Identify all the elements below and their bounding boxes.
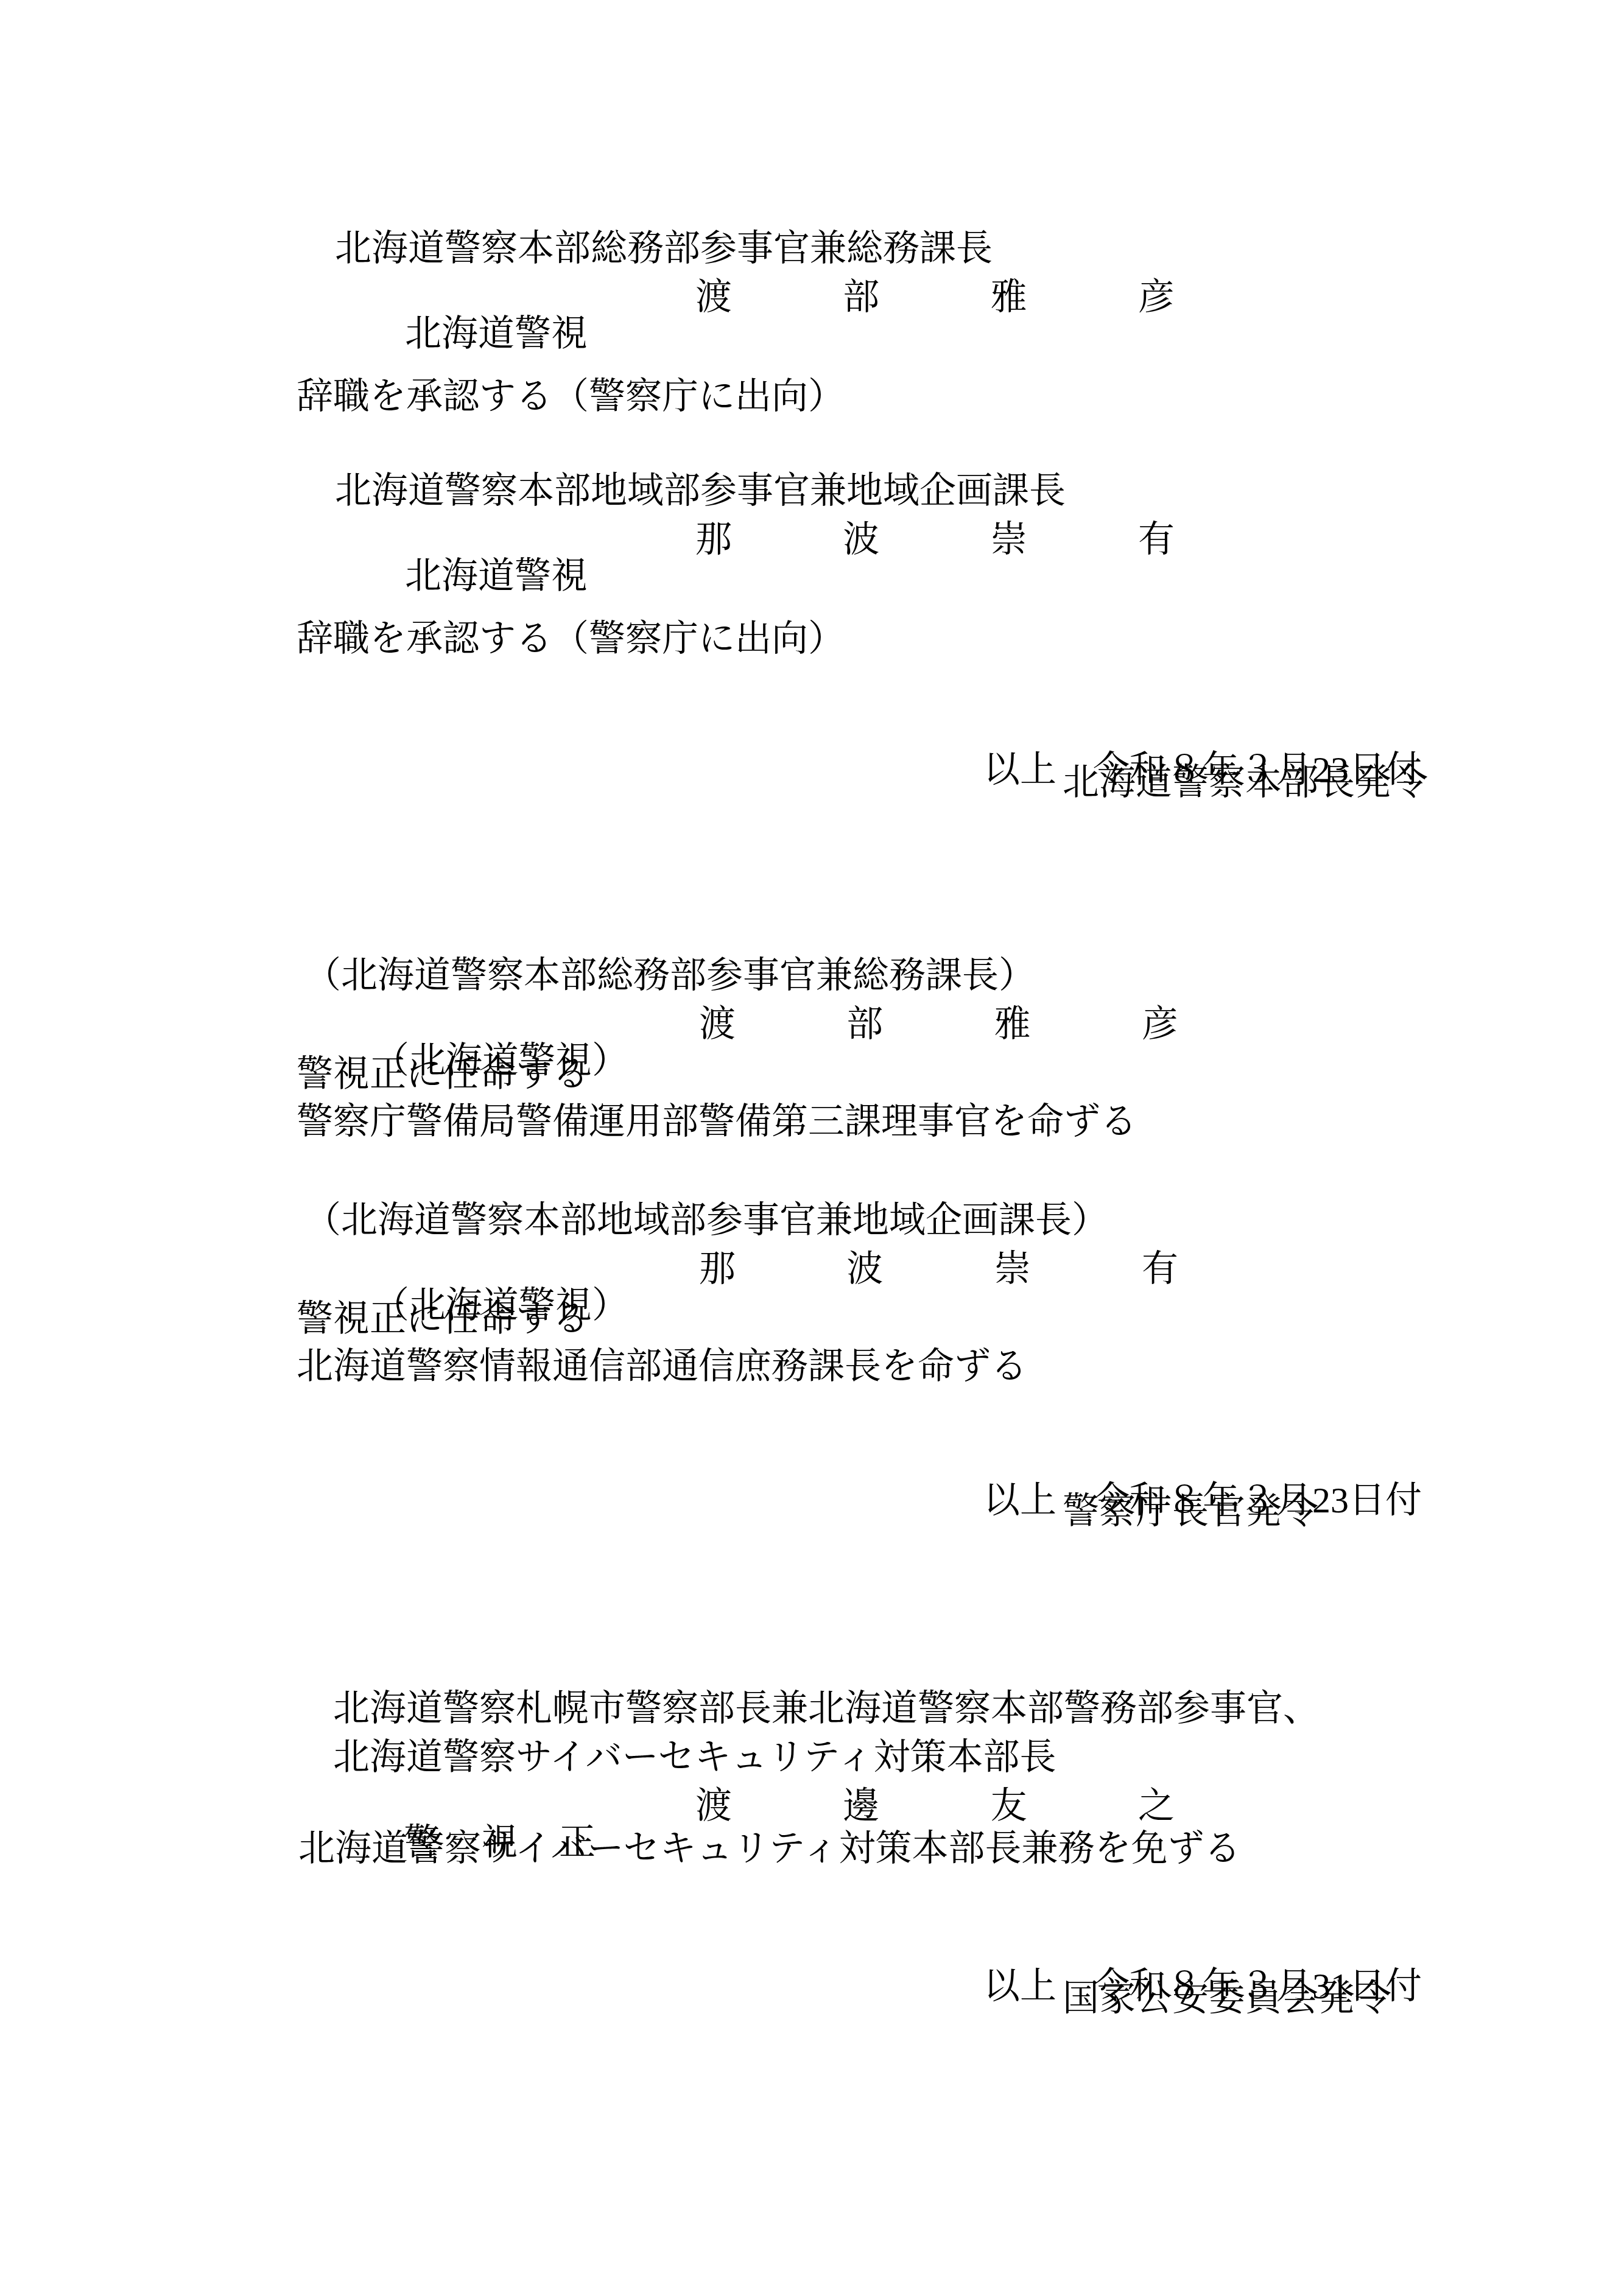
name-char: 雅	[991, 279, 1027, 315]
name-char: 部	[843, 279, 879, 315]
name-char: 波	[843, 521, 879, 558]
s2-e2-post-title: （北海道警察本部地域部参事官兼地域企画課長）	[304, 1202, 1108, 1238]
name-char: 彦	[1138, 279, 1175, 315]
s1-e2-name: 那 波 崇 有	[695, 521, 1175, 558]
name-char: 那	[699, 1251, 736, 1287]
s3-closing: 以上	[983, 1966, 1056, 2006]
s1-closing: 以上	[983, 750, 1056, 790]
s3-e1-action: 北海道警察サイバーセキュリティ対策本部長兼務を免ずる	[298, 1830, 1240, 1867]
name-char: 崇	[991, 521, 1027, 558]
name-char: 彦	[1142, 1006, 1178, 1042]
s1-e1-action: 辞職を承認する（警察庁に出向）	[297, 378, 845, 415]
name-char: 雅	[994, 1006, 1031, 1042]
s1-issuer: 北海道警察本部長発令	[1063, 764, 1428, 801]
s3-e1-name: 渡 邊 友 之	[695, 1788, 1175, 1824]
s3-issuer: 国家公安委員会発令	[1063, 1980, 1391, 2017]
name-char: 有	[1142, 1251, 1178, 1287]
s2-e1-action-2: 警察庁警備局警備運用部警備第三課理事官を命ずる	[297, 1103, 1137, 1140]
name-char: 波	[846, 1251, 883, 1287]
s2-e1-action-1: 警視正に任命する	[297, 1056, 589, 1092]
name-char: 邊	[843, 1788, 879, 1824]
s1-e2-rank: 北海道警視	[405, 556, 588, 596]
s1-e2-action: 辞職を承認する（警察庁に出向）	[297, 620, 845, 657]
name-char: 有	[1138, 521, 1175, 558]
name-char: 部	[846, 1006, 883, 1042]
s2-e2-action-1: 警視正に任命する	[297, 1301, 589, 1337]
s1-e1-post-title: 北海道警察本部総務部参事官兼総務課長	[335, 230, 993, 267]
name-char: 友	[991, 1788, 1027, 1824]
name-char: 崇	[994, 1251, 1031, 1287]
s2-e2-name: 那 波 崇 有	[699, 1251, 1178, 1287]
s1-e1-name: 渡 部 雅 彦	[695, 279, 1175, 315]
name-char: 那	[695, 521, 732, 558]
s2-e1-post-title: （北海道警察本部総務部参事官兼総務課長）	[304, 957, 1035, 994]
s1-e2-post-title: 北海道警察本部地域部参事官兼地域企画課長	[335, 472, 1066, 509]
name-char: 渡	[695, 279, 732, 315]
name-char: 渡	[695, 1788, 732, 1824]
s2-e2-action-2: 北海道警察情報通信部通信庶務課長を命ずる	[297, 1348, 1027, 1385]
s3-e1-post-title-1: 北海道警察札幌市警察部長兼北海道警察本部警務部参事官、	[333, 1690, 1320, 1727]
s3-e1-post-title-2: 北海道警察サイバーセキュリティ対策本部長	[333, 1739, 1056, 1775]
s2-issuer: 警察庁長官発令	[1063, 1493, 1318, 1529]
name-char: 之	[1138, 1788, 1175, 1824]
name-char: 渡	[699, 1006, 736, 1042]
s1-e1-rank: 北海道警視	[405, 314, 588, 354]
document-page: 北海道警察本部総務部参事官兼総務課長 北海道警視 渡 部 雅 彦 辞職を承認する…	[0, 0, 1624, 2296]
s2-closing: 以上	[983, 1480, 1056, 1520]
s2-e1-name: 渡 部 雅 彦	[699, 1006, 1178, 1042]
